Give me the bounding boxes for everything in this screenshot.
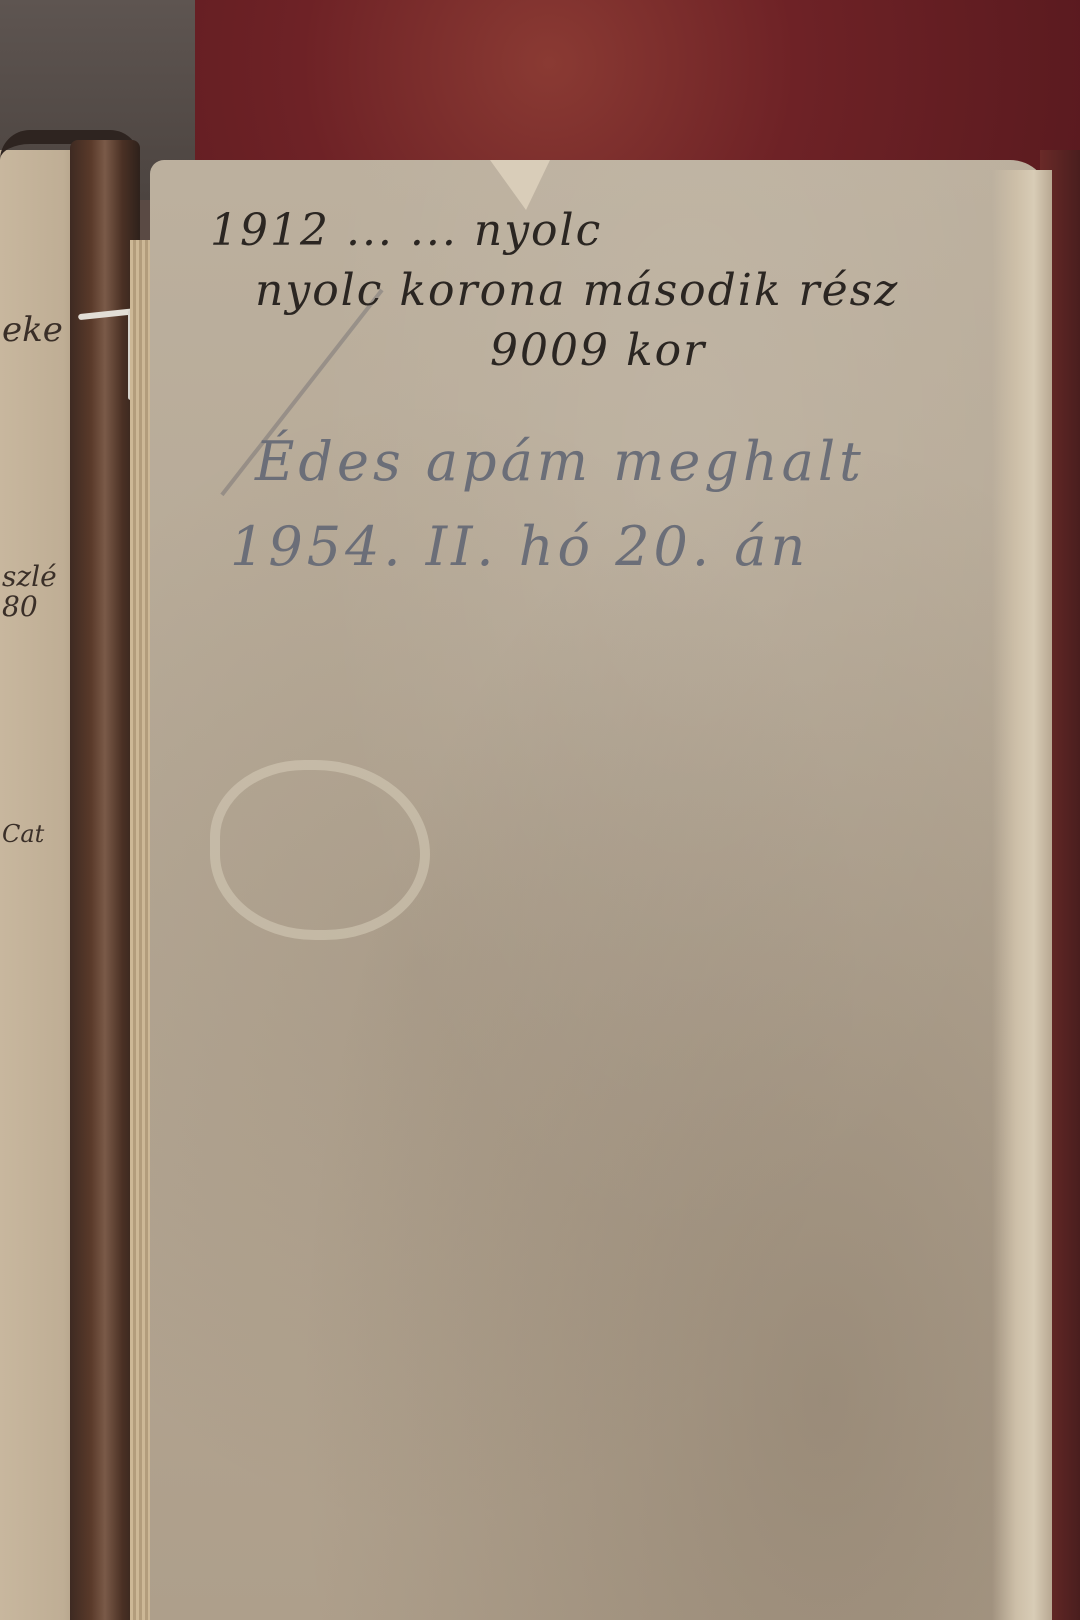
left-page-fragment: eke — [2, 310, 63, 350]
ink-line-1: 1912 ... ... nyolc — [210, 205, 602, 256]
ink-line-2: nyolc korona második rész — [255, 265, 899, 316]
worn-page-edge — [992, 170, 1052, 1620]
pencil-line-2: 1954. II. hó 20. án — [230, 515, 809, 578]
left-page-fragment: szlé — [2, 560, 57, 593]
left-page-fragment: 80 — [2, 590, 38, 623]
ink-line-3: 9009 kor — [490, 325, 706, 376]
pencil-line-1: Édes apám meghalt — [255, 430, 865, 493]
left-page-fragment: Cat — [2, 820, 44, 848]
